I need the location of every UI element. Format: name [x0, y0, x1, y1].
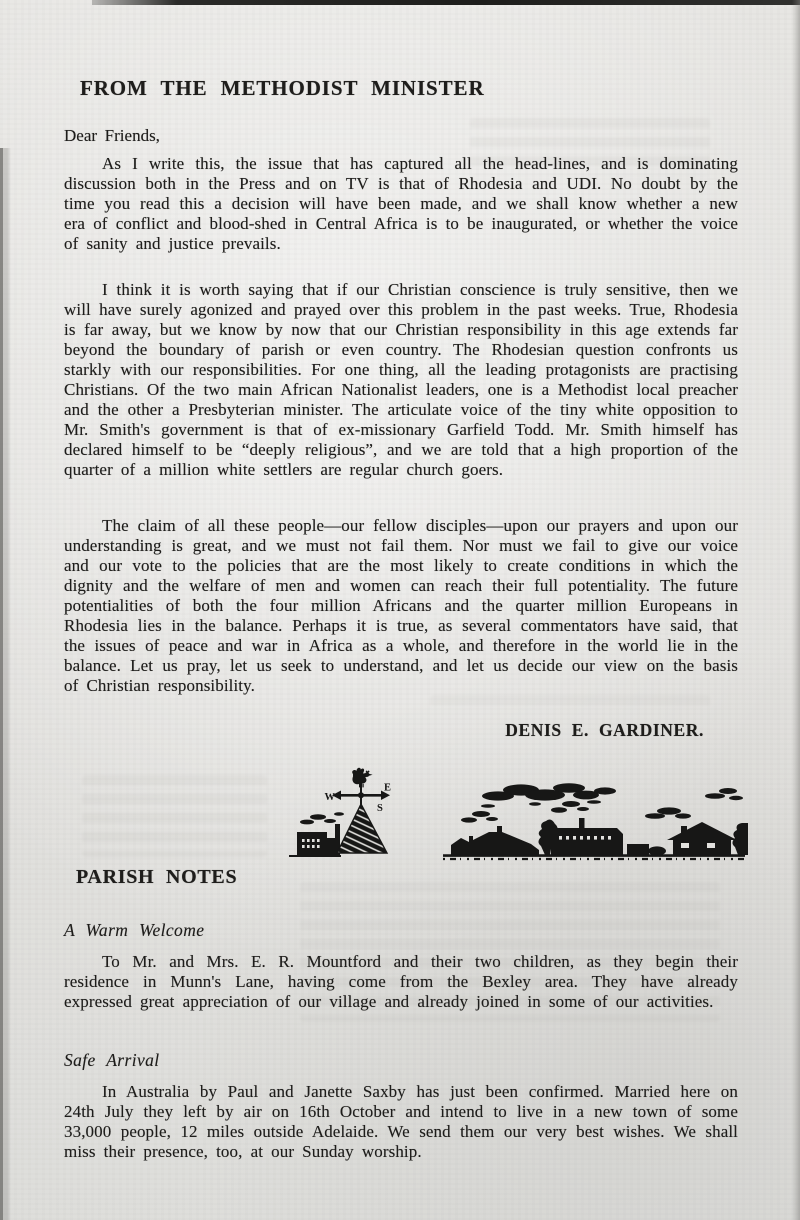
weathervane-letter-e: E: [384, 783, 391, 794]
bleed-through-smudge: [82, 775, 267, 857]
bleed-through-smudge: [430, 695, 710, 711]
letter-paragraph-2: I think it is worth saying that if our C…: [64, 280, 738, 480]
letter-signature: DENIS E. GARDINER.: [0, 720, 704, 741]
weathervane-letter-s: S: [377, 803, 383, 814]
weathervane-rooster-icon: [352, 768, 372, 788]
church-spire: [332, 779, 390, 853]
section-title-safe-arrival: Safe Arrival: [64, 1050, 160, 1071]
scan-edge-right: [792, 0, 800, 1220]
section-body-warm-welcome: To Mr. and Mrs. E. R. Mountford and thei…: [64, 952, 738, 1012]
tree-silhouette: [733, 823, 749, 855]
scan-edge-top: [92, 0, 800, 5]
factory-silhouette: [289, 812, 344, 857]
houses-silhouette: [443, 818, 748, 859]
letter-paragraph-3: The claim of all these people—our fellow…: [64, 516, 738, 696]
section-body-safe-arrival: In Australia by Paul and Janette Saxby h…: [64, 1082, 738, 1162]
scanned-magazine-page: FROM THE METHODIST MINISTER Dear Friends…: [0, 0, 800, 1220]
village-skyline-illustration: W E S: [283, 766, 748, 864]
weathervane-letter-w: W: [325, 792, 336, 803]
letter-salutation: Dear Friends,: [64, 126, 160, 146]
letter-paragraph-1: As I write this, the issue that has capt…: [64, 154, 738, 254]
smoke-clouds: [461, 783, 743, 822]
letter-heading: FROM THE METHODIST MINISTER: [80, 76, 485, 101]
scan-edge-left: [0, 148, 11, 1220]
parish-notes-heading: PARISH NOTES: [76, 866, 237, 889]
section-title-warm-welcome: A Warm Welcome: [64, 920, 204, 941]
